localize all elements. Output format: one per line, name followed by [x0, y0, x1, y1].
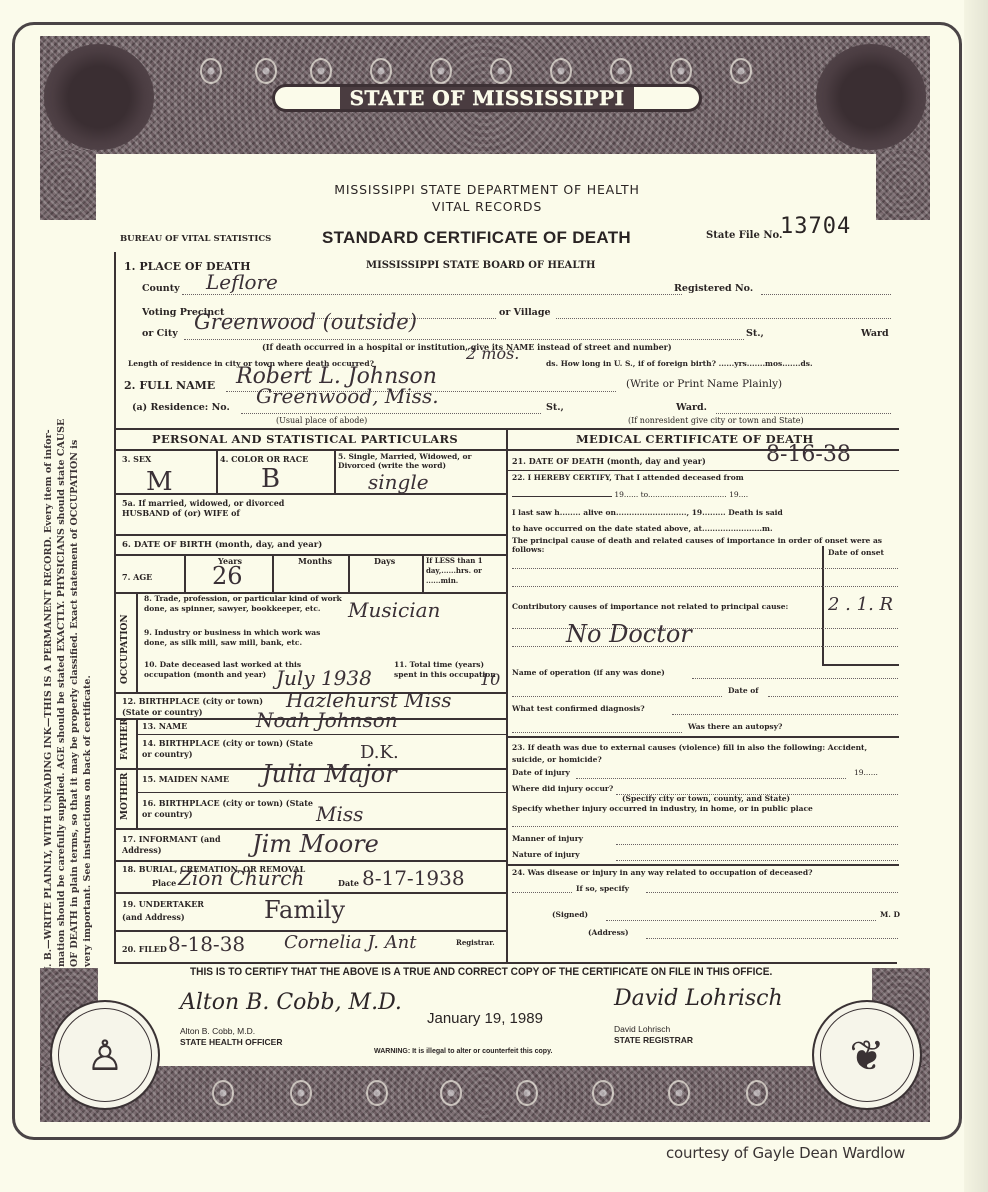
mother-birthplace-value: Miss	[316, 802, 363, 826]
burial-place-value: Zion Church	[178, 866, 304, 890]
certificate-title: STANDARD CERTIFICATE OF DEATH	[322, 228, 631, 248]
bureau-label: BUREAU OF VITAL STATISTICS	[120, 234, 271, 244]
medallion-ornament-icon	[670, 58, 692, 84]
great-seal-icon: ❦	[812, 1000, 922, 1110]
registrar-label: Registrar.	[456, 938, 495, 947]
county-label: County	[142, 283, 180, 294]
eagle-icon: ❦	[849, 1031, 884, 1080]
filed-label: 20. FILED	[122, 944, 167, 954]
address-label: (Address)	[588, 928, 629, 937]
full-name-label: 2. FULL NAME	[124, 379, 215, 392]
rosette-right-icon	[816, 44, 926, 150]
board-of-health-seal-icon: ♙	[50, 1000, 160, 1110]
medallion-ornament-icon	[212, 1080, 234, 1106]
medallion-ornament-icon	[370, 58, 392, 84]
mother-maiden-label: 15. MAIDEN NAME	[142, 774, 229, 784]
full-name-note: (Write or Print Name Plainly)	[626, 378, 782, 390]
if-so-label: If so, specify	[576, 884, 629, 893]
nonresident-note: (If nonresident give city or town and St…	[628, 416, 804, 425]
registered-no-label: Registered No.	[674, 283, 753, 294]
md-label: M. D	[880, 910, 900, 919]
health-officer-title: STATE HEALTH OFFICER	[180, 1037, 282, 1048]
side-instructions: N. B.—WRITE PLAINLY, WITH UNFADING INK—T…	[42, 225, 112, 975]
age-label: 7. AGE	[122, 572, 152, 582]
residence-length-value: 2 mos.	[466, 344, 519, 363]
medallion-ornament-icon	[746, 1080, 768, 1106]
burial-date-value: 8-17-1938	[362, 866, 465, 890]
last-worked-value: July 1938	[276, 666, 372, 690]
health-officer-signature: Alton B. Cobb, M.D.	[180, 990, 402, 1015]
race-value: B	[261, 464, 280, 494]
medallion-ornament-icon	[610, 58, 632, 84]
occurred-label: to have occurred on the date stated abov…	[512, 524, 773, 533]
injury-date-label: Date of injury	[512, 768, 570, 777]
residence-label: (a) Residence: No.	[132, 402, 230, 413]
medallion-ornament-icon	[516, 1080, 538, 1106]
file-no-value: 13704	[780, 214, 851, 239]
residence-value: Greenwood, Miss.	[256, 384, 439, 408]
undertaker-label: 19. UNDERTAKER (and Address)	[122, 898, 222, 924]
spouse-label: 5a. If married, widowed, or divorced HUS…	[122, 498, 322, 518]
department-name: MISSISSIPPI STATE DEPARTMENT OF HEALTH	[0, 182, 974, 197]
dob-label: 6. DATE OF BIRTH (month, day, and year)	[122, 540, 322, 550]
father-name-value: Noah Johnson	[256, 708, 398, 732]
days-label: Days	[374, 556, 395, 566]
contributory-label: Contributory causes of importance not re…	[512, 602, 822, 611]
date-of-death-label: 21. DATE OF DEATH (month, day and year)	[512, 456, 706, 466]
medallion-ornament-icon	[255, 58, 277, 84]
abode-note: (Usual place of abode)	[276, 416, 367, 425]
operation-label: Name of operation (if any was done)	[512, 668, 665, 677]
city-value: Greenwood (outside)	[194, 310, 417, 334]
father-name-label: 13. NAME	[142, 721, 187, 731]
attended-dates: 19...... to.............................…	[512, 490, 748, 499]
injury-place-label: Specify whether injury occurred in indus…	[512, 804, 813, 813]
medallion-ornament-icon	[290, 1080, 312, 1106]
less-than-day-label: If LESS than 1 day,......hrs. or ......m…	[426, 556, 504, 586]
injury-where-label: Where did injury occur?	[512, 784, 613, 793]
registrar-block: David Lohrisch STATE REGISTRAR	[614, 1024, 693, 1046]
nature-label: Nature of injury	[512, 850, 580, 859]
photo-credit: courtesy of Gayle Dean Wardlow	[666, 1144, 905, 1162]
total-time-value: 10	[480, 670, 500, 689]
medallion-ornament-icon	[730, 58, 752, 84]
marital-label: 5. Single, Married, Widowed, or Divorced…	[338, 452, 503, 470]
state-banner: STATE OF MISSISSIPPI	[272, 84, 702, 112]
street-label: St.,	[746, 328, 764, 339]
last-saw-label: I last saw h........ alive on...........…	[512, 508, 783, 517]
personal-heading: PERSONAL AND STATISTICAL PARTICULARS	[152, 432, 458, 446]
trade-label: 8. Trade, profession, or particular kind…	[144, 594, 344, 614]
father-side-label: FATHER	[120, 718, 130, 760]
county-value: Leflore	[206, 270, 278, 294]
registrar-name: David Lohrisch	[614, 1024, 693, 1035]
warning-text: WARNING: It is illegal to alter or count…	[374, 1048, 552, 1055]
sex-label: 3. SEX	[122, 454, 151, 464]
informant-label: 17. INFORMANT (and Address)	[122, 834, 242, 856]
filed-value: 8-18-38	[168, 932, 245, 956]
marital-value: single	[368, 470, 429, 494]
medallion-ornament-icon	[550, 58, 572, 84]
burial-date-label: Date	[338, 878, 359, 888]
medallion-ornament-icon	[592, 1080, 614, 1106]
occupation-related-label: 24. Was disease or injury in any way rel…	[512, 868, 812, 877]
file-no-label: State File No.	[706, 230, 782, 241]
bottom-guilloche-border	[40, 1066, 930, 1122]
residence-street-label: St.,	[546, 402, 564, 413]
test-label: What test confirmed diagnosis?	[512, 704, 645, 713]
father-birthplace-label: 14. BIRTHPLACE (city or town) (State or …	[142, 738, 322, 760]
burial-place-label: Place	[152, 878, 176, 888]
issue-date: January 19, 1989	[427, 1010, 543, 1027]
death-certificate-form: 1. PLACE OF DEATH MISSISSIPPI STATE BOAR…	[114, 252, 897, 964]
injury-where-note: (Specify city or town, county, and State…	[622, 794, 790, 803]
external-causes-label: 23. If death was due to external causes …	[512, 742, 898, 766]
certify-statement: THIS IS TO CERTIFY THAT THE ABOVE IS A T…	[190, 966, 772, 978]
registrar-signature-footer: David Lohrisch	[614, 986, 783, 1011]
onset-label: Date of onset	[828, 548, 884, 557]
division-name: VITAL RECORDS	[0, 199, 974, 214]
medallion-ornament-icon	[440, 1080, 462, 1106]
industry-label: 9. Industry or business in which work wa…	[144, 628, 344, 648]
signed-label: (Signed)	[552, 910, 588, 919]
contributory-value: No Doctor	[566, 620, 692, 648]
age-years-value: 26	[212, 562, 243, 590]
state-banner-text: STATE OF MISSISSIPPI	[340, 87, 635, 109]
residence-ward-label: Ward.	[676, 402, 707, 413]
trade-value: Musician	[348, 598, 440, 622]
undertaker-value: Family	[264, 896, 345, 924]
onset-note-value: 2 . 1. R	[828, 594, 893, 615]
mother-maiden-value: Julia Major	[262, 760, 397, 788]
rosette-left-icon	[44, 44, 154, 150]
race-label: 4. COLOR OR RACE	[220, 454, 308, 464]
standing-figure-icon: ♙	[86, 1031, 124, 1080]
injury-year-label: 19......	[854, 768, 878, 777]
village-label: or Village	[499, 307, 551, 318]
health-officer-name: Alton B. Cobb, M.D.	[180, 1026, 282, 1037]
page-edge	[964, 0, 988, 1192]
date-of-death-value: 8-16-38	[766, 442, 851, 467]
medallion-ornament-icon	[366, 1080, 388, 1106]
informant-value: Jim Moore	[252, 830, 379, 858]
foreign-birth-label: ds. How long in U. S., if of foreign bir…	[546, 359, 813, 368]
operation-date-label: Date of	[728, 686, 758, 695]
ward-label: Ward	[861, 328, 889, 339]
registrar-title: STATE REGISTRAR	[614, 1035, 693, 1046]
months-label: Months	[298, 556, 332, 566]
board-label: MISSISSIPPI STATE BOARD OF HEALTH	[366, 260, 595, 271]
medallion-ornament-icon	[200, 58, 222, 84]
medallion-ornament-icon	[490, 58, 512, 84]
mother-side-label: MOTHER	[120, 773, 130, 820]
occupation-side-label: OCCUPATION	[120, 614, 130, 684]
medallion-ornament-icon	[668, 1080, 690, 1106]
certify-label: 22. I HEREBY CERTIFY, That I attended de…	[512, 473, 744, 482]
registrar-signature: Cornelia J. Ant	[284, 932, 417, 953]
health-officer-block: Alton B. Cobb, M.D. STATE HEALTH OFFICER	[180, 1026, 282, 1048]
autopsy-label: Was there an autopsy?	[688, 722, 782, 731]
mother-birthplace-label: 16. BIRTHPLACE (city or town) (State or …	[142, 798, 322, 820]
medallion-ornament-icon	[310, 58, 332, 84]
manner-label: Manner of injury	[512, 834, 583, 843]
city-label: or City	[142, 328, 178, 339]
medallion-ornament-icon	[430, 58, 452, 84]
